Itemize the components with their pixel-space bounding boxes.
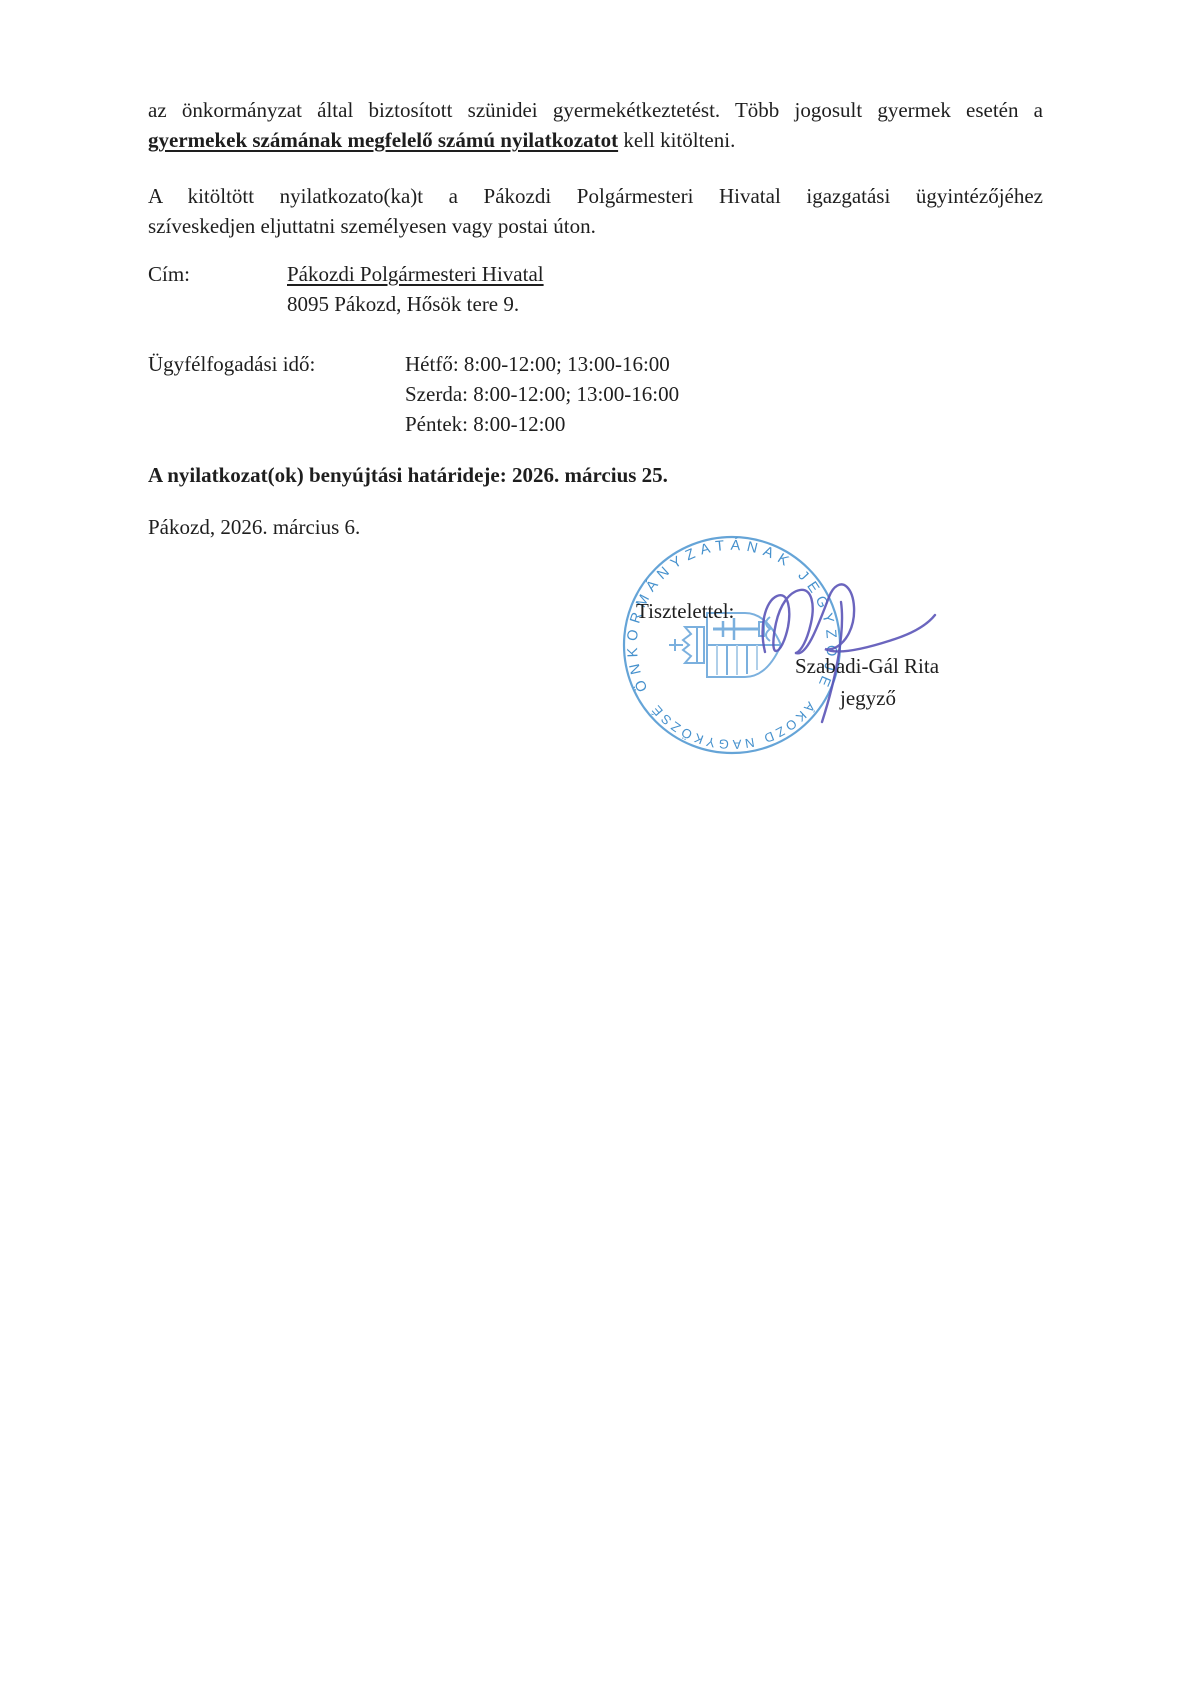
office-hours-friday: Péntek: 8:00-12:00 [405,409,679,439]
official-round-stamp: ÖNKORMÁNYZATÁNAK JEGYZŐJE PÁKOZD NAGYKÖZ… [617,530,847,760]
paragraph-delivery-line2: szíveskedjen eljuttatni személyesen vagy… [148,211,1043,241]
address-value: Pákozdi Polgármesteri Hivatal 8095 Pákoz… [287,259,544,319]
closing-salutation: Tisztelettel: [636,596,734,626]
office-hours-block: Ügyfélfogadási idő: Hétfő: 8:00-12:00; 1… [148,349,1043,439]
deadline-statement: A nyilatkozat(ok) benyújtási határideje:… [148,460,1043,490]
office-hours-monday: Hétfő: 8:00-12:00; 13:00-16:00 [405,349,679,379]
signer-name: Szabadi-Gál Rita [795,651,939,681]
emphasized-declaration-text: gyermekek számának megfelelő számú nyila… [148,128,618,152]
office-hours-wednesday: Szerda: 8:00-12:00; 13:00-16:00 [405,379,679,409]
document-page: az önkormányzat által biztosított szünid… [0,0,1190,1683]
paragraph-intro: az önkormányzat által biztosított szünid… [148,95,1043,155]
date-line: Pákozd, 2026. március 6. [148,512,1043,542]
address-street: 8095 Pákozd, Hősök tere 9. [287,289,544,319]
signer-title: jegyző [840,683,896,713]
paragraph-intro-line2-rest: kell kitölteni. [618,128,735,152]
paragraph-delivery: A kitöltött nyilatkozato(ka)t a Pákozdi … [148,181,1043,241]
paragraph-delivery-line1: A kitöltött nyilatkozato(ka)t a Pákozdi … [148,181,1043,211]
paragraph-intro-line2: gyermekek számának megfelelő számú nyila… [148,125,1043,155]
stamp-outer-circle [624,537,840,753]
address-office-name: Pákozdi Polgármesteri Hivatal [287,259,544,289]
office-hours-value: Hétfő: 8:00-12:00; 13:00-16:00 Szerda: 8… [405,349,679,439]
paragraph-intro-line1: az önkormányzat által biztosított szünid… [148,95,1043,125]
address-label: Cím: [148,259,287,289]
office-hours-label: Ügyfélfogadási idő: [148,349,405,379]
address-block: Cím: Pákozdi Polgármesteri Hivatal 8095 … [148,259,1043,319]
stamp-arc-text-bottom: PÁKOZD NAGYKÖZSÉG [617,530,818,752]
